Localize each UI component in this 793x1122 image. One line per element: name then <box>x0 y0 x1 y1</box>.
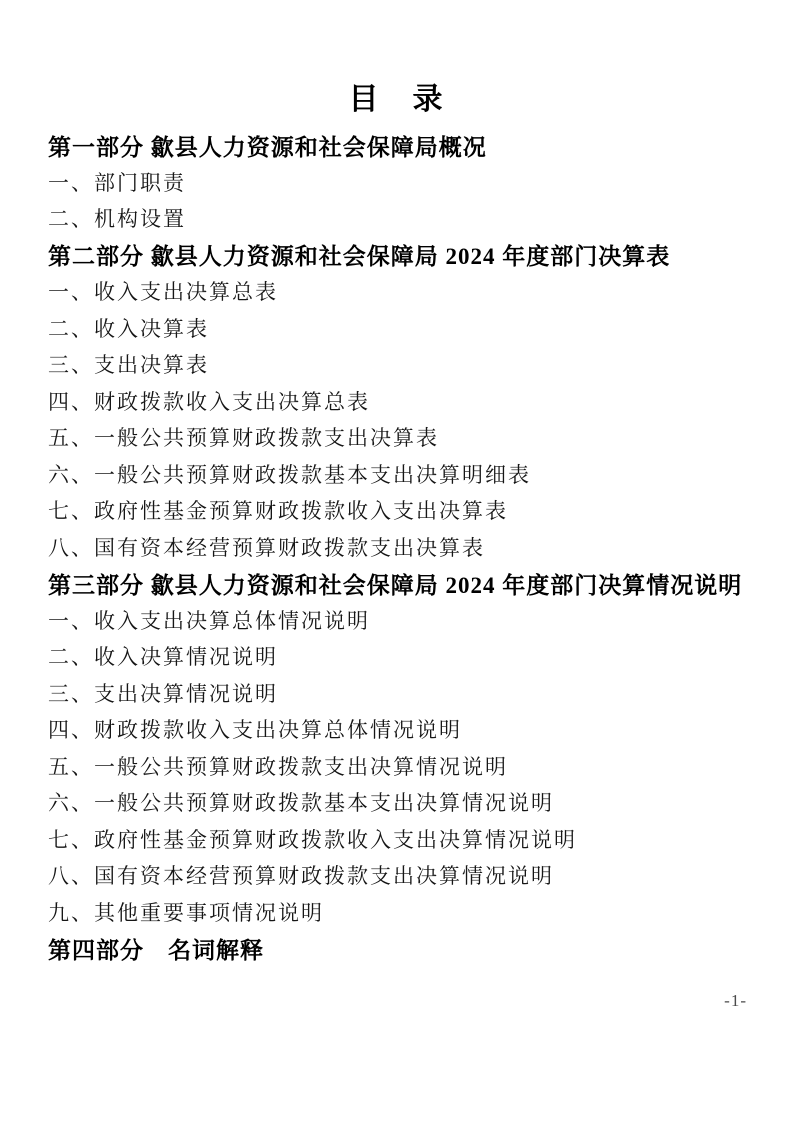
toc-item: 八、国有资本经营预算财政拨款支出决算表 <box>48 529 763 566</box>
toc-item: 三、支出决算情况说明 <box>48 675 763 712</box>
toc-item: 七、政府性基金预算财政拨款收入支出决算表 <box>48 492 763 529</box>
toc-item: 一、收入支出决算总体情况说明 <box>48 602 763 639</box>
toc-item: 六、一般公共预算财政拨款基本支出决算情况说明 <box>48 784 763 821</box>
table-of-contents: 第一部分 歙县人力资源和社会保障局概况 一、部门职责 二、机构设置 第二部分 歙… <box>48 127 763 967</box>
page-title: 目 录 <box>0 80 793 120</box>
toc-item: 八、国有资本经营预算财政拨款支出决算情况说明 <box>48 857 763 894</box>
toc-item: 六、一般公共预算财政拨款基本支出决算明细表 <box>48 456 763 493</box>
document-page: 目 录 第一部分 歙县人力资源和社会保障局概况 一、部门职责 二、机构设置 第二… <box>0 0 793 1122</box>
toc-section-part1: 第一部分 歙县人力资源和社会保障局概况 <box>48 127 763 164</box>
toc-item: 一、收入支出决算总表 <box>48 273 763 310</box>
toc-item: 五、一般公共预算财政拨款支出决算情况说明 <box>48 748 763 785</box>
toc-item: 七、政府性基金预算财政拨款收入支出决算情况说明 <box>48 821 763 858</box>
toc-section-part2: 第二部分 歙县人力资源和社会保障局 2024 年度部门决算表 <box>48 237 763 274</box>
toc-item: 二、机构设置 <box>48 200 763 237</box>
toc-item: 四、财政拨款收入支出决算总体情况说明 <box>48 711 763 748</box>
toc-item: 九、其他重要事项情况说明 <box>48 894 763 931</box>
toc-item: 五、一般公共预算财政拨款支出决算表 <box>48 419 763 456</box>
toc-section-part3: 第三部分 歙县人力资源和社会保障局 2024 年度部门决算情况说明 <box>48 565 763 602</box>
toc-item: 三、支出决算表 <box>48 346 763 383</box>
toc-item: 一、部门职责 <box>48 164 763 201</box>
toc-item: 二、收入决算表 <box>48 310 763 347</box>
page-number: -1- <box>724 991 747 1011</box>
toc-section-part4: 第四部分 名词解释 <box>48 930 763 967</box>
toc-item: 四、财政拨款收入支出决算总表 <box>48 383 763 420</box>
toc-item: 二、收入决算情况说明 <box>48 638 763 675</box>
